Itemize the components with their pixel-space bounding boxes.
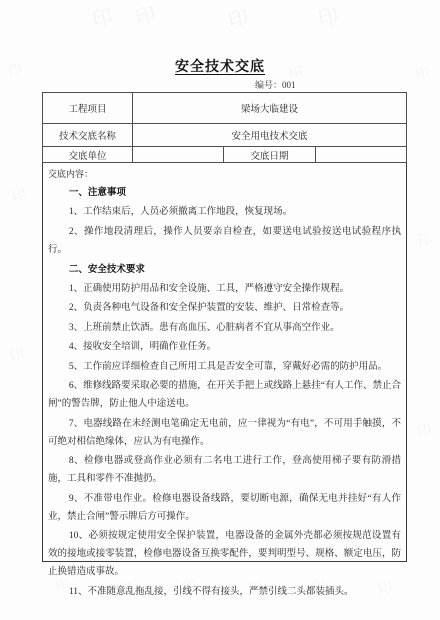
table-row-project: 工程项目 梁场大临建设 xyxy=(43,93,407,124)
requirement-item: 2、负责各种电气设备和安全保护装置的安装、维护、日常检查等。 xyxy=(48,299,401,317)
requirement-item: 11、不准随意乱拖乱接，引线不得有接头，严禁引线二头都装插头。 xyxy=(48,583,401,601)
unit-value-cell xyxy=(133,147,224,163)
table-row-unit-date: 交底单位 交底日期 xyxy=(43,147,407,163)
disclosure-name-value-cell: 安全用电技术交底 xyxy=(133,124,407,147)
content-box: 交底内容： 一、注意事项 1、工作结束后，人员必须撤离工作地段，恢复现场。 2、… xyxy=(42,163,407,562)
document-number: 编号：001 xyxy=(255,78,296,91)
requirement-item: 6、维修线路要采取必要的措施，在开关手把上或线路上悬挂“有人工作、禁止合闸”的警… xyxy=(48,377,401,413)
table-row-disclosure-name: 技术交底名称 安全用电技术交底 xyxy=(43,124,407,147)
content-label: 交底内容： xyxy=(48,167,401,182)
project-label-cell: 工程项目 xyxy=(43,93,133,124)
watermark-glyph: 印 xyxy=(89,0,115,33)
date-label-cell: 交底日期 xyxy=(224,147,315,163)
watermark-glyph: 印 xyxy=(8,344,26,366)
watermark-glyph: 印 xyxy=(10,184,28,206)
requirement-item: 5、工作前应详细检查自己所用工具是否安全可靠，穿戴好必需的防护用品。 xyxy=(48,358,401,376)
requirement-item: 9、不准带电作业。检修电器设备线路，要切断电源，确保无电并挂好“有人作业，禁止合… xyxy=(48,490,401,526)
requirement-item: 4、接收安全培训，明确作业任务。 xyxy=(48,338,401,356)
note-item: 2、操作地段清理后，操作人员要亲自检查，如要送电试验按送电试验程序执行。 xyxy=(48,223,401,259)
watermark-glyph: 印 xyxy=(132,0,158,31)
page-title: 安全技术交底 xyxy=(0,56,440,76)
info-table: 工程项目 梁场大临建设 技术交底名称 安全用电技术交底 交底单位 交底日期 xyxy=(42,92,407,163)
watermark-glyph: 印 xyxy=(416,229,434,251)
note-item: 1、工作结束后，人员必须撤离工作地段，恢复现场。 xyxy=(48,203,401,221)
requirement-item: 1、正确使用防护用品和安全设施、工具，严格遵守安全操作规程。 xyxy=(48,280,401,298)
requirement-item: 8、检修电器或登高作业必须有二名电工进行工作，登高使用梯子要有防滑措施，工具和零… xyxy=(48,452,401,488)
requirement-item: 3、上班前禁止饮酒。患有高血压、心脏病者不宜从事高空作业。 xyxy=(48,319,401,337)
unit-label-cell: 交底单位 xyxy=(43,147,133,163)
date-value-cell xyxy=(315,147,406,163)
project-value-cell: 梁场大临建设 xyxy=(133,93,407,124)
watermark-glyph: 印 xyxy=(225,1,251,34)
watermark-glyph: 印 xyxy=(415,419,433,441)
disclosure-name-label-cell: 技术交底名称 xyxy=(43,124,133,147)
document-page: 印 印 印 印 印 印 印 印 印 印 印 印 印 印 印 印 印 安全技术交底… xyxy=(0,0,440,620)
requirement-item: 7、电器线路在未经测电笔确定无电前，应一律视为“有电”，不可用手触摸，不可绝对相… xyxy=(48,415,401,451)
watermark-glyph: 印 xyxy=(315,0,341,32)
section-title-notes: 一、注意事项 xyxy=(48,184,401,202)
section-title-safety-requirements: 二、安全技术要求 xyxy=(48,261,401,279)
requirement-item: 10、必须按规定使用安全保护装置，电器设备的金属外壳都必须按规范设置有效的接地或… xyxy=(48,527,401,581)
